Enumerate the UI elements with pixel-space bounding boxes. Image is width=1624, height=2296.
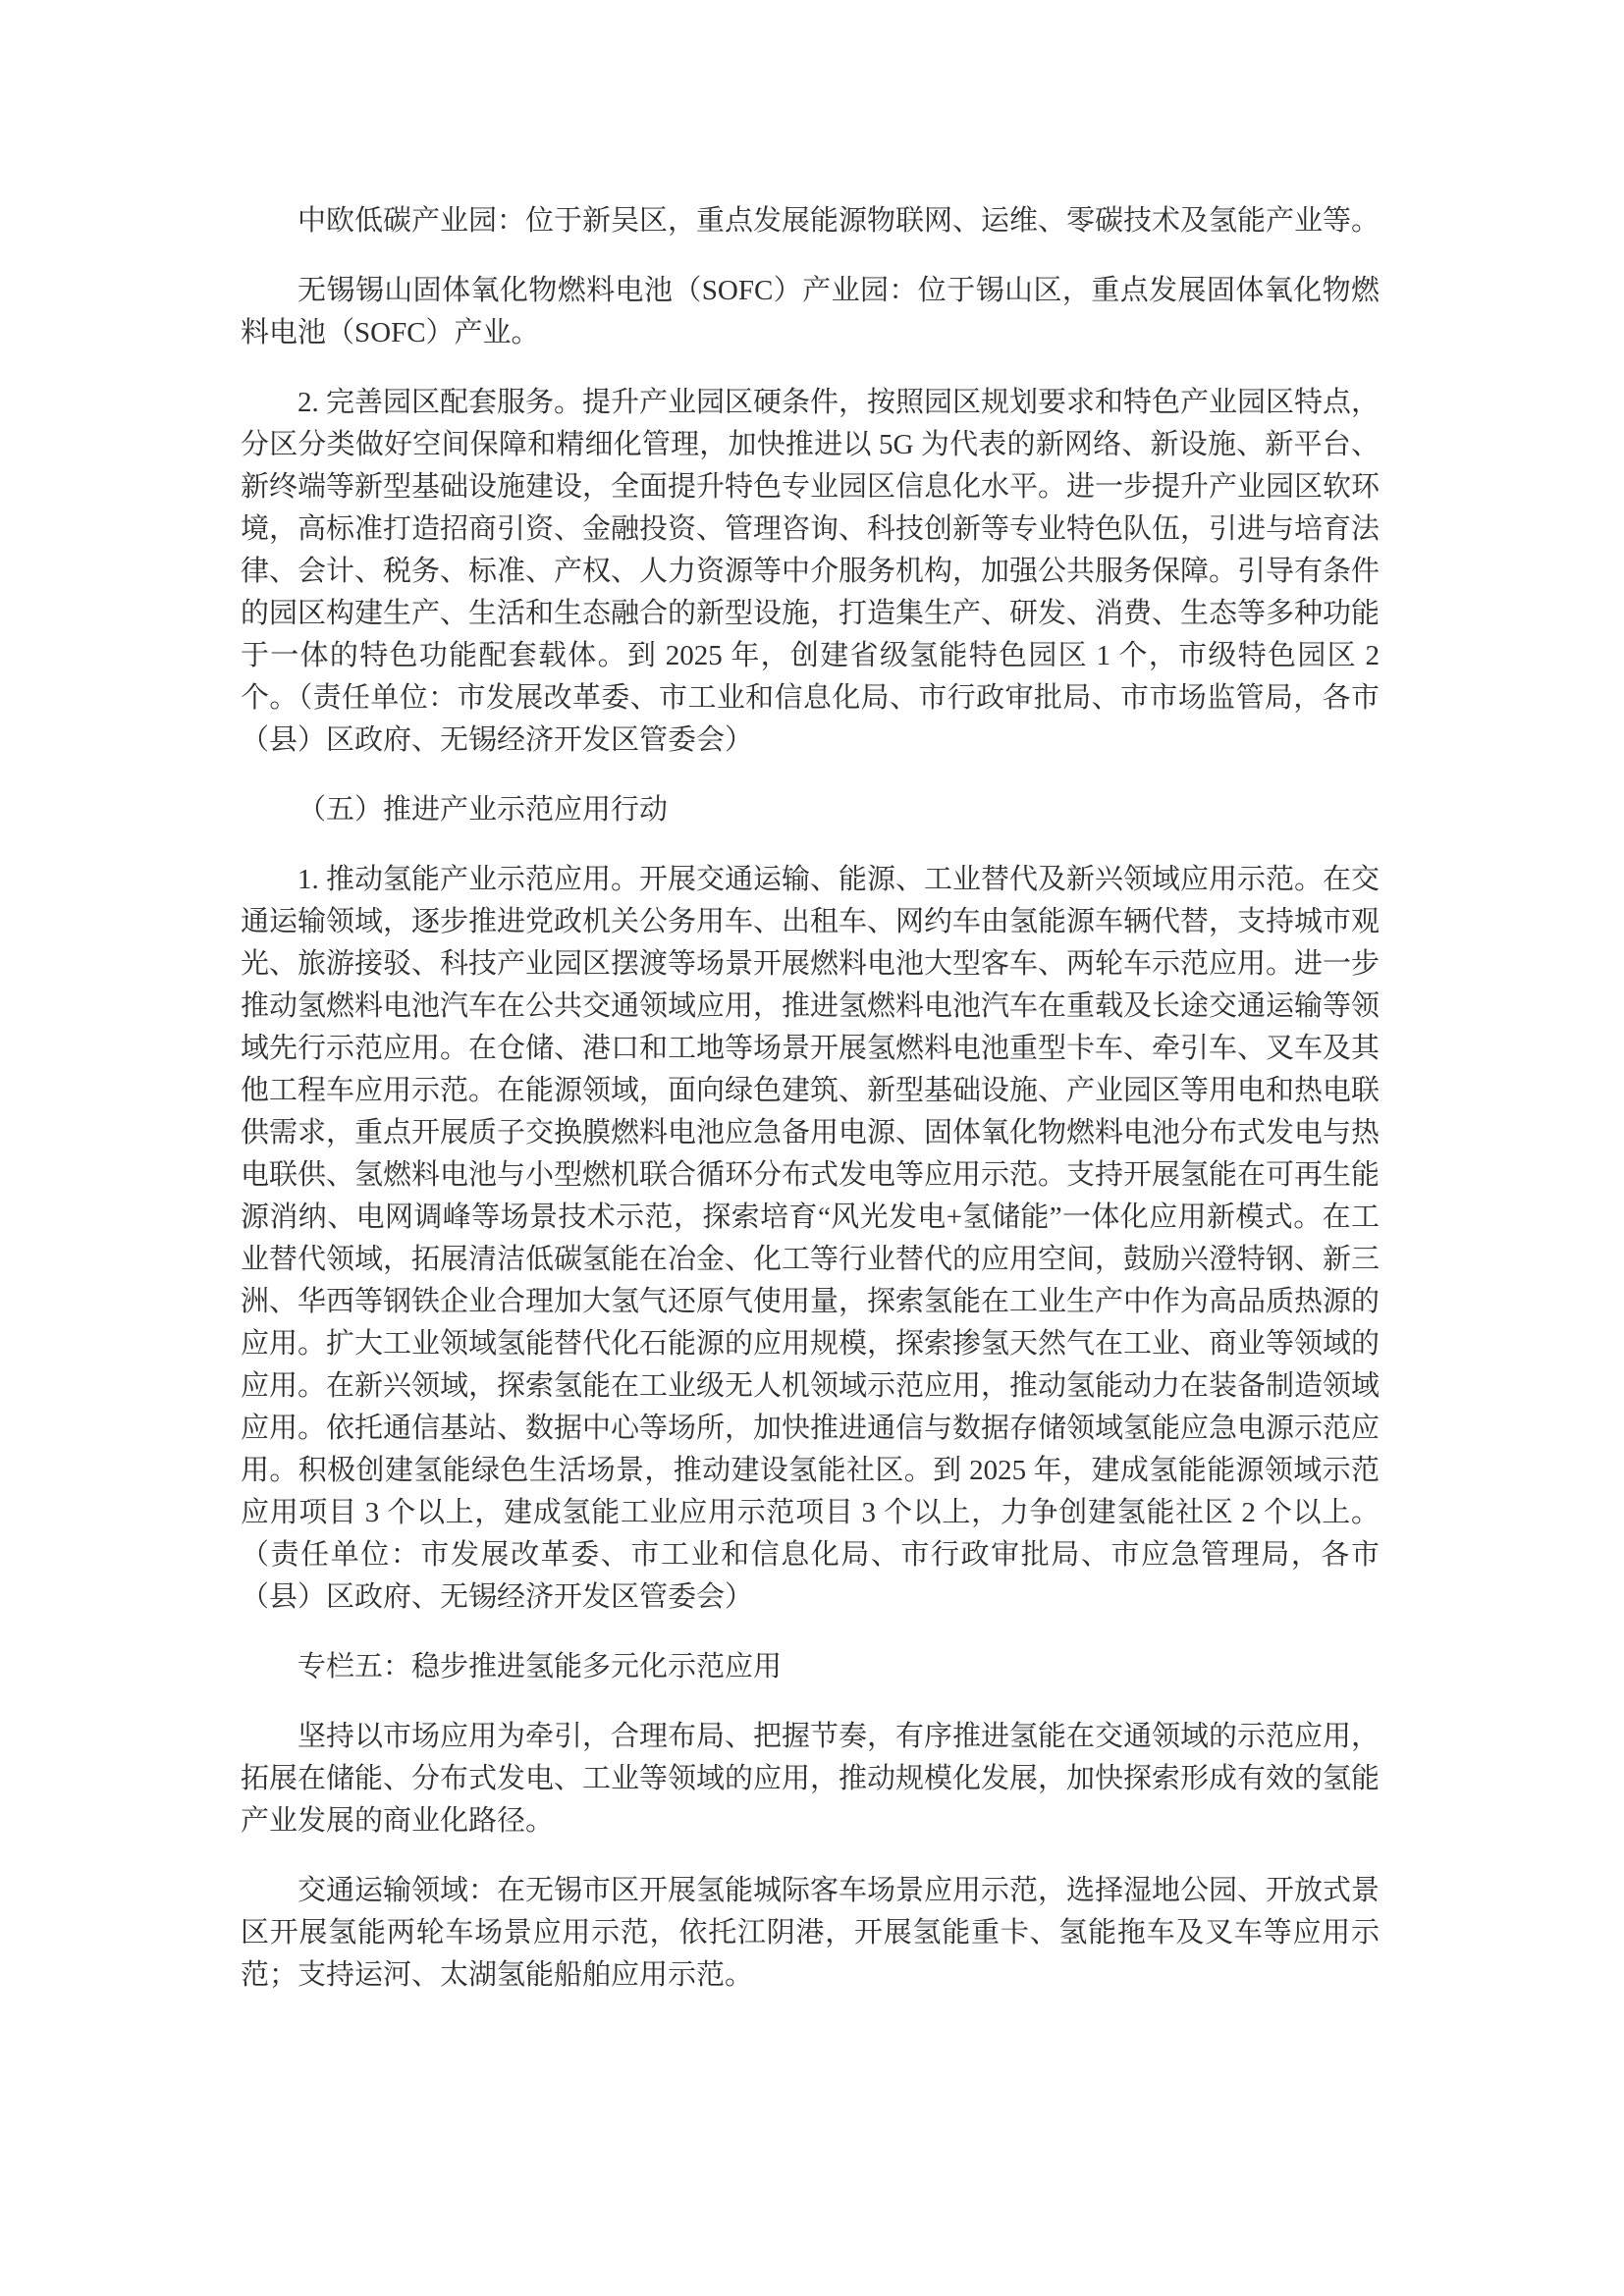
- heading-column-five: 专栏五：稳步推进氢能多元化示范应用: [241, 1646, 1380, 1688]
- paragraph-item2-park-services: 2. 完善园区配套服务。提升产业园区硬条件，按照园区规划要求和特色产业园区特点，…: [241, 382, 1380, 762]
- paragraph-column-five-transport: 交通运输领域：在无锡市区开展氢能城际客车场景应用示范，选择湿地公园、开放式景区开…: [241, 1870, 1380, 1997]
- paragraph-zhongou-lowcarbon-park: 中欧低碳产业园：位于新吴区，重点发展能源物联网、运维、零碳技术及氢能产业等。: [241, 200, 1380, 242]
- heading-section-five: （五）推进产业示范应用行动: [241, 789, 1380, 831]
- document-page: 中欧低碳产业园：位于新吴区，重点发展能源物联网、运维、零碳技术及氢能产业等。 无…: [0, 0, 1624, 2296]
- paragraph-item1-demo-application: 1. 推动氢能产业示范应用。开展交通运输、能源、工业替代及新兴领域应用示范。在交…: [241, 859, 1380, 1619]
- paragraph-sofc-park: 无锡锡山固体氧化物燃料电池（SOFC）产业园：位于锡山区，重点发展固体氧化物燃料…: [241, 270, 1380, 354]
- paragraph-column-five-intro: 坚持以市场应用为牵引，合理布局、把握节奏，有序推进氢能在交通领域的示范应用，拓展…: [241, 1716, 1380, 1842]
- document-text-block: 中欧低碳产业园：位于新吴区，重点发展能源物联网、运维、零碳技术及氢能产业等。 无…: [241, 200, 1380, 1997]
